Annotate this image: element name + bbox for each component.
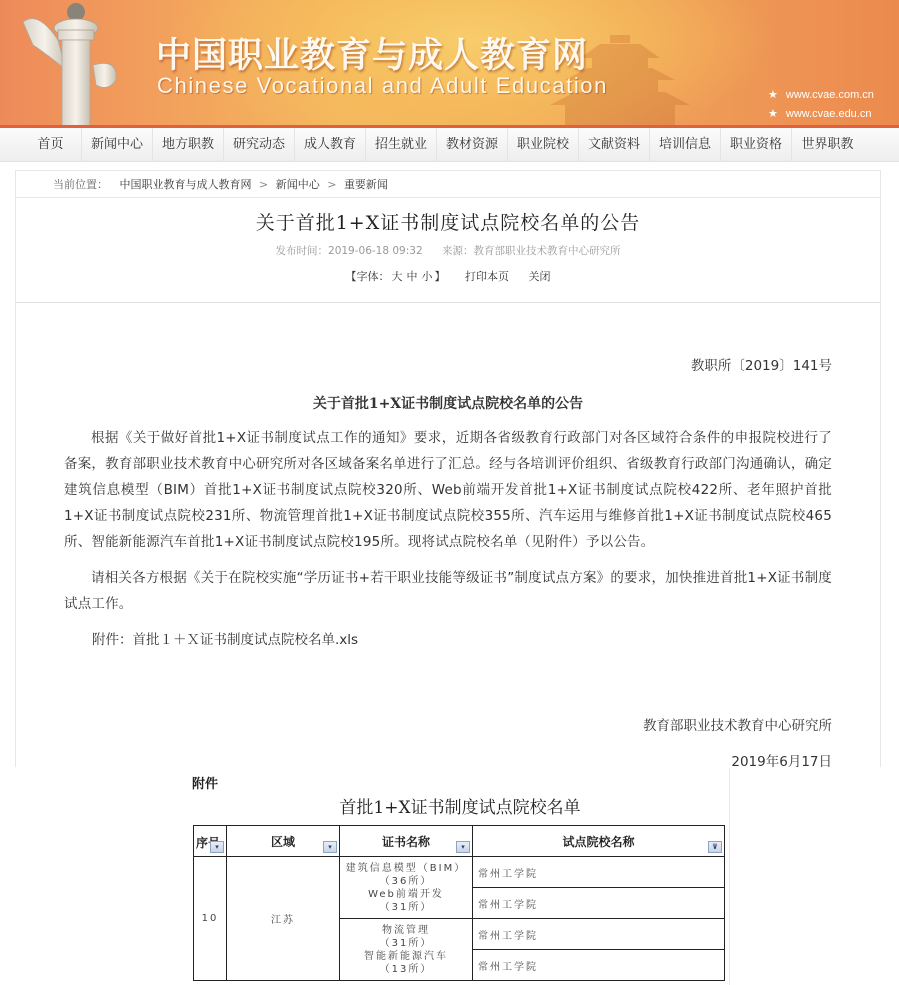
breadcrumb-important-news[interactable]: 重要新闻	[344, 178, 388, 191]
site-banner: 中国职业教育与成人教育网 Chinese Vocational and Adul…	[0, 0, 899, 128]
breadcrumb-separator: >	[259, 178, 268, 191]
site-url-edu[interactable]: ★ www.cvae.edu.cn	[768, 105, 874, 124]
publish-time-value: 2019-06-18 09:32	[328, 245, 423, 257]
nav-item-local-vocational[interactable]: 地方职教	[153, 128, 224, 162]
article-meta: 发布时间：2019-06-18 09:32 来源：教育部职业技术教育中心研究所	[16, 243, 880, 258]
nav-item-enrollment[interactable]: 招生就业	[366, 128, 437, 162]
breadcrumb-news-center[interactable]: 新闻中心	[276, 178, 320, 191]
table-row: 10 江苏 建筑信息模型（BIM） （36所） Web前端开发 （31所） 常州…	[194, 857, 725, 888]
certificate-name: Web前端开发	[340, 888, 472, 901]
breadcrumb-label: 当前位置：	[53, 178, 108, 191]
nav-item-vocational-schools[interactable]: 职业院校	[508, 128, 579, 162]
document-subtitle: 关于首批1+X证书制度试点院校名单的公告	[64, 391, 832, 417]
signature: 教育部职业技术教育中心研究所	[64, 713, 832, 739]
nav-item-research[interactable]: 研究动态	[224, 128, 295, 162]
document-number: 教职所〔2019〕141号	[64, 353, 832, 379]
article-container: 当前位置： 中国职业教育与成人教育网 > 新闻中心 > 重要新闻 关于首批1+X…	[15, 170, 881, 767]
publish-label: 发布时间：	[276, 245, 329, 257]
font-medium-button[interactable]: 中	[407, 270, 418, 283]
certificate-name: 物流管理	[340, 924, 472, 937]
nav-item-literature[interactable]: 文献资料	[579, 128, 650, 162]
article-source: 来源：教育部职业技术教育中心研究所	[442, 245, 621, 257]
print-button[interactable]: 打印本页	[465, 270, 509, 283]
nav-item-adult-education[interactable]: 成人教育	[295, 128, 366, 162]
certificate-count: （36所）	[340, 875, 472, 888]
article-tools: 【字体：大中小】 打印本页 关闭	[16, 268, 880, 284]
source-label: 来源：	[442, 245, 474, 257]
font-small-button[interactable]: 小	[422, 270, 433, 283]
font-size-controls: 【字体：大中小】	[346, 270, 450, 283]
close-button[interactable]: 关闭	[529, 270, 551, 283]
star-icon: ★	[768, 86, 778, 105]
breadcrumb-separator: >	[327, 178, 336, 191]
breadcrumb-home[interactable]: 中国职业教育与成人教育网	[120, 178, 252, 191]
source-value: 教育部职业技术教育中心研究所	[473, 245, 620, 257]
nav-item-textbooks[interactable]: 教材资源	[437, 128, 508, 162]
article-body: 教职所〔2019〕141号 关于首批1+X证书制度试点院校名单的公告 根据《关于…	[16, 353, 880, 775]
site-url-text: www.cvae.com.cn	[786, 86, 874, 105]
column-header-label: 证书名称	[382, 835, 430, 849]
nav-item-world-vocational[interactable]: 世界职教	[792, 128, 863, 162]
site-url-list: ★ www.cvae.com.cn ★ www.cvae.edu.cn	[768, 86, 874, 124]
column-header-label: 区域	[271, 835, 295, 849]
attachment-spreadsheet-image: 附件 首批1+X证书制度试点院校名单 序号▾ 区域▾ 证书名称▾ 试点院校名称⊽…	[190, 768, 730, 985]
certificate-name: 建筑信息模型（BIM）	[340, 862, 472, 875]
school-name: 常州工学院	[473, 888, 725, 919]
certificate-cell: 建筑信息模型（BIM） （36所） Web前端开发 （31所）	[340, 857, 473, 919]
certificate-count: （31所）	[340, 937, 472, 950]
paragraph: 根据《关于做好首批1+X证书制度试点工作的通知》要求，近期各省级教育行政部门对各…	[64, 425, 832, 555]
school-name: 常州工学院	[473, 919, 725, 950]
font-large-button[interactable]: 大	[392, 270, 403, 283]
publish-time: 发布时间：2019-06-18 09:32	[276, 245, 423, 257]
main-nav: 首页 新闻中心 地方职教 研究动态 成人教育 招生就业 教材资源 职业院校 文献…	[0, 128, 899, 162]
column-header-label: 试点院校名称	[562, 835, 634, 849]
column-header-index: 序号▾	[194, 826, 227, 857]
attachment-file-link[interactable]: 首批１＋Ｘ证书制度试点院校名单.xls	[133, 632, 359, 648]
row-region: 江苏	[227, 857, 340, 981]
site-subtitle: Chinese Vocational and Adult Education	[157, 73, 608, 99]
school-name: 常州工学院	[473, 857, 725, 888]
filter-dropdown-icon[interactable]: ▾	[323, 841, 337, 853]
certificate-count: （13所）	[340, 963, 472, 976]
paragraph: 请相关各方根据《关于在院校实施“学历证书+若干职业技能等级证书”制度试点方案》的…	[64, 565, 832, 617]
attachment-label: 附件：	[92, 632, 133, 648]
school-list-table: 序号▾ 区域▾ 证书名称▾ 试点院校名称⊽ 10 江苏 建筑信息模型（BIM） …	[193, 825, 725, 981]
filter-active-icon[interactable]: ⊽	[708, 841, 722, 853]
site-url-com[interactable]: ★ www.cvae.com.cn	[768, 86, 874, 105]
nav-item-training[interactable]: 培训信息	[650, 128, 721, 162]
filter-dropdown-icon[interactable]: ▾	[456, 841, 470, 853]
star-icon: ★	[768, 105, 778, 124]
breadcrumb: 当前位置： 中国职业教育与成人教育网 > 新闻中心 > 重要新闻	[16, 171, 880, 198]
nav-item-qualifications[interactable]: 职业资格	[721, 128, 792, 162]
attachment-image-label: 附件	[192, 773, 218, 792]
article-header: 关于首批1+X证书制度试点院校名单的公告 发布时间：2019-06-18 09:…	[16, 198, 880, 303]
attachment-line: 附件：首批１＋Ｘ证书制度试点院校名单.xls	[64, 627, 832, 653]
row-index: 10	[194, 857, 227, 981]
column-header-certificate: 证书名称▾	[340, 826, 473, 857]
certificate-cell: 物流管理 （31所） 智能新能源汽车 （13所）	[340, 919, 473, 981]
font-size-bracket: 】	[435, 270, 446, 283]
filter-dropdown-icon[interactable]: ▾	[210, 841, 224, 853]
nav-item-home[interactable]: 首页	[20, 128, 82, 162]
attachment-image-title: 首批1+X证书制度试点院校名单	[190, 793, 730, 818]
site-url-text: www.cvae.edu.cn	[786, 105, 872, 124]
school-name: 常州工学院	[473, 950, 725, 981]
certificate-count: （31所）	[340, 901, 472, 914]
column-header-region: 区域▾	[227, 826, 340, 857]
certificate-name: 智能新能源汽车	[340, 950, 472, 963]
column-header-school: 试点院校名称⊽	[473, 826, 725, 857]
nav-item-news-center[interactable]: 新闻中心	[82, 128, 153, 162]
huabiao-pillar-logo	[18, 0, 128, 128]
font-size-label: 【字体：	[346, 270, 390, 283]
article-title: 关于首批1+X证书制度试点院校名单的公告	[16, 198, 880, 235]
site-title: 中国职业教育与成人教育网	[156, 28, 588, 78]
